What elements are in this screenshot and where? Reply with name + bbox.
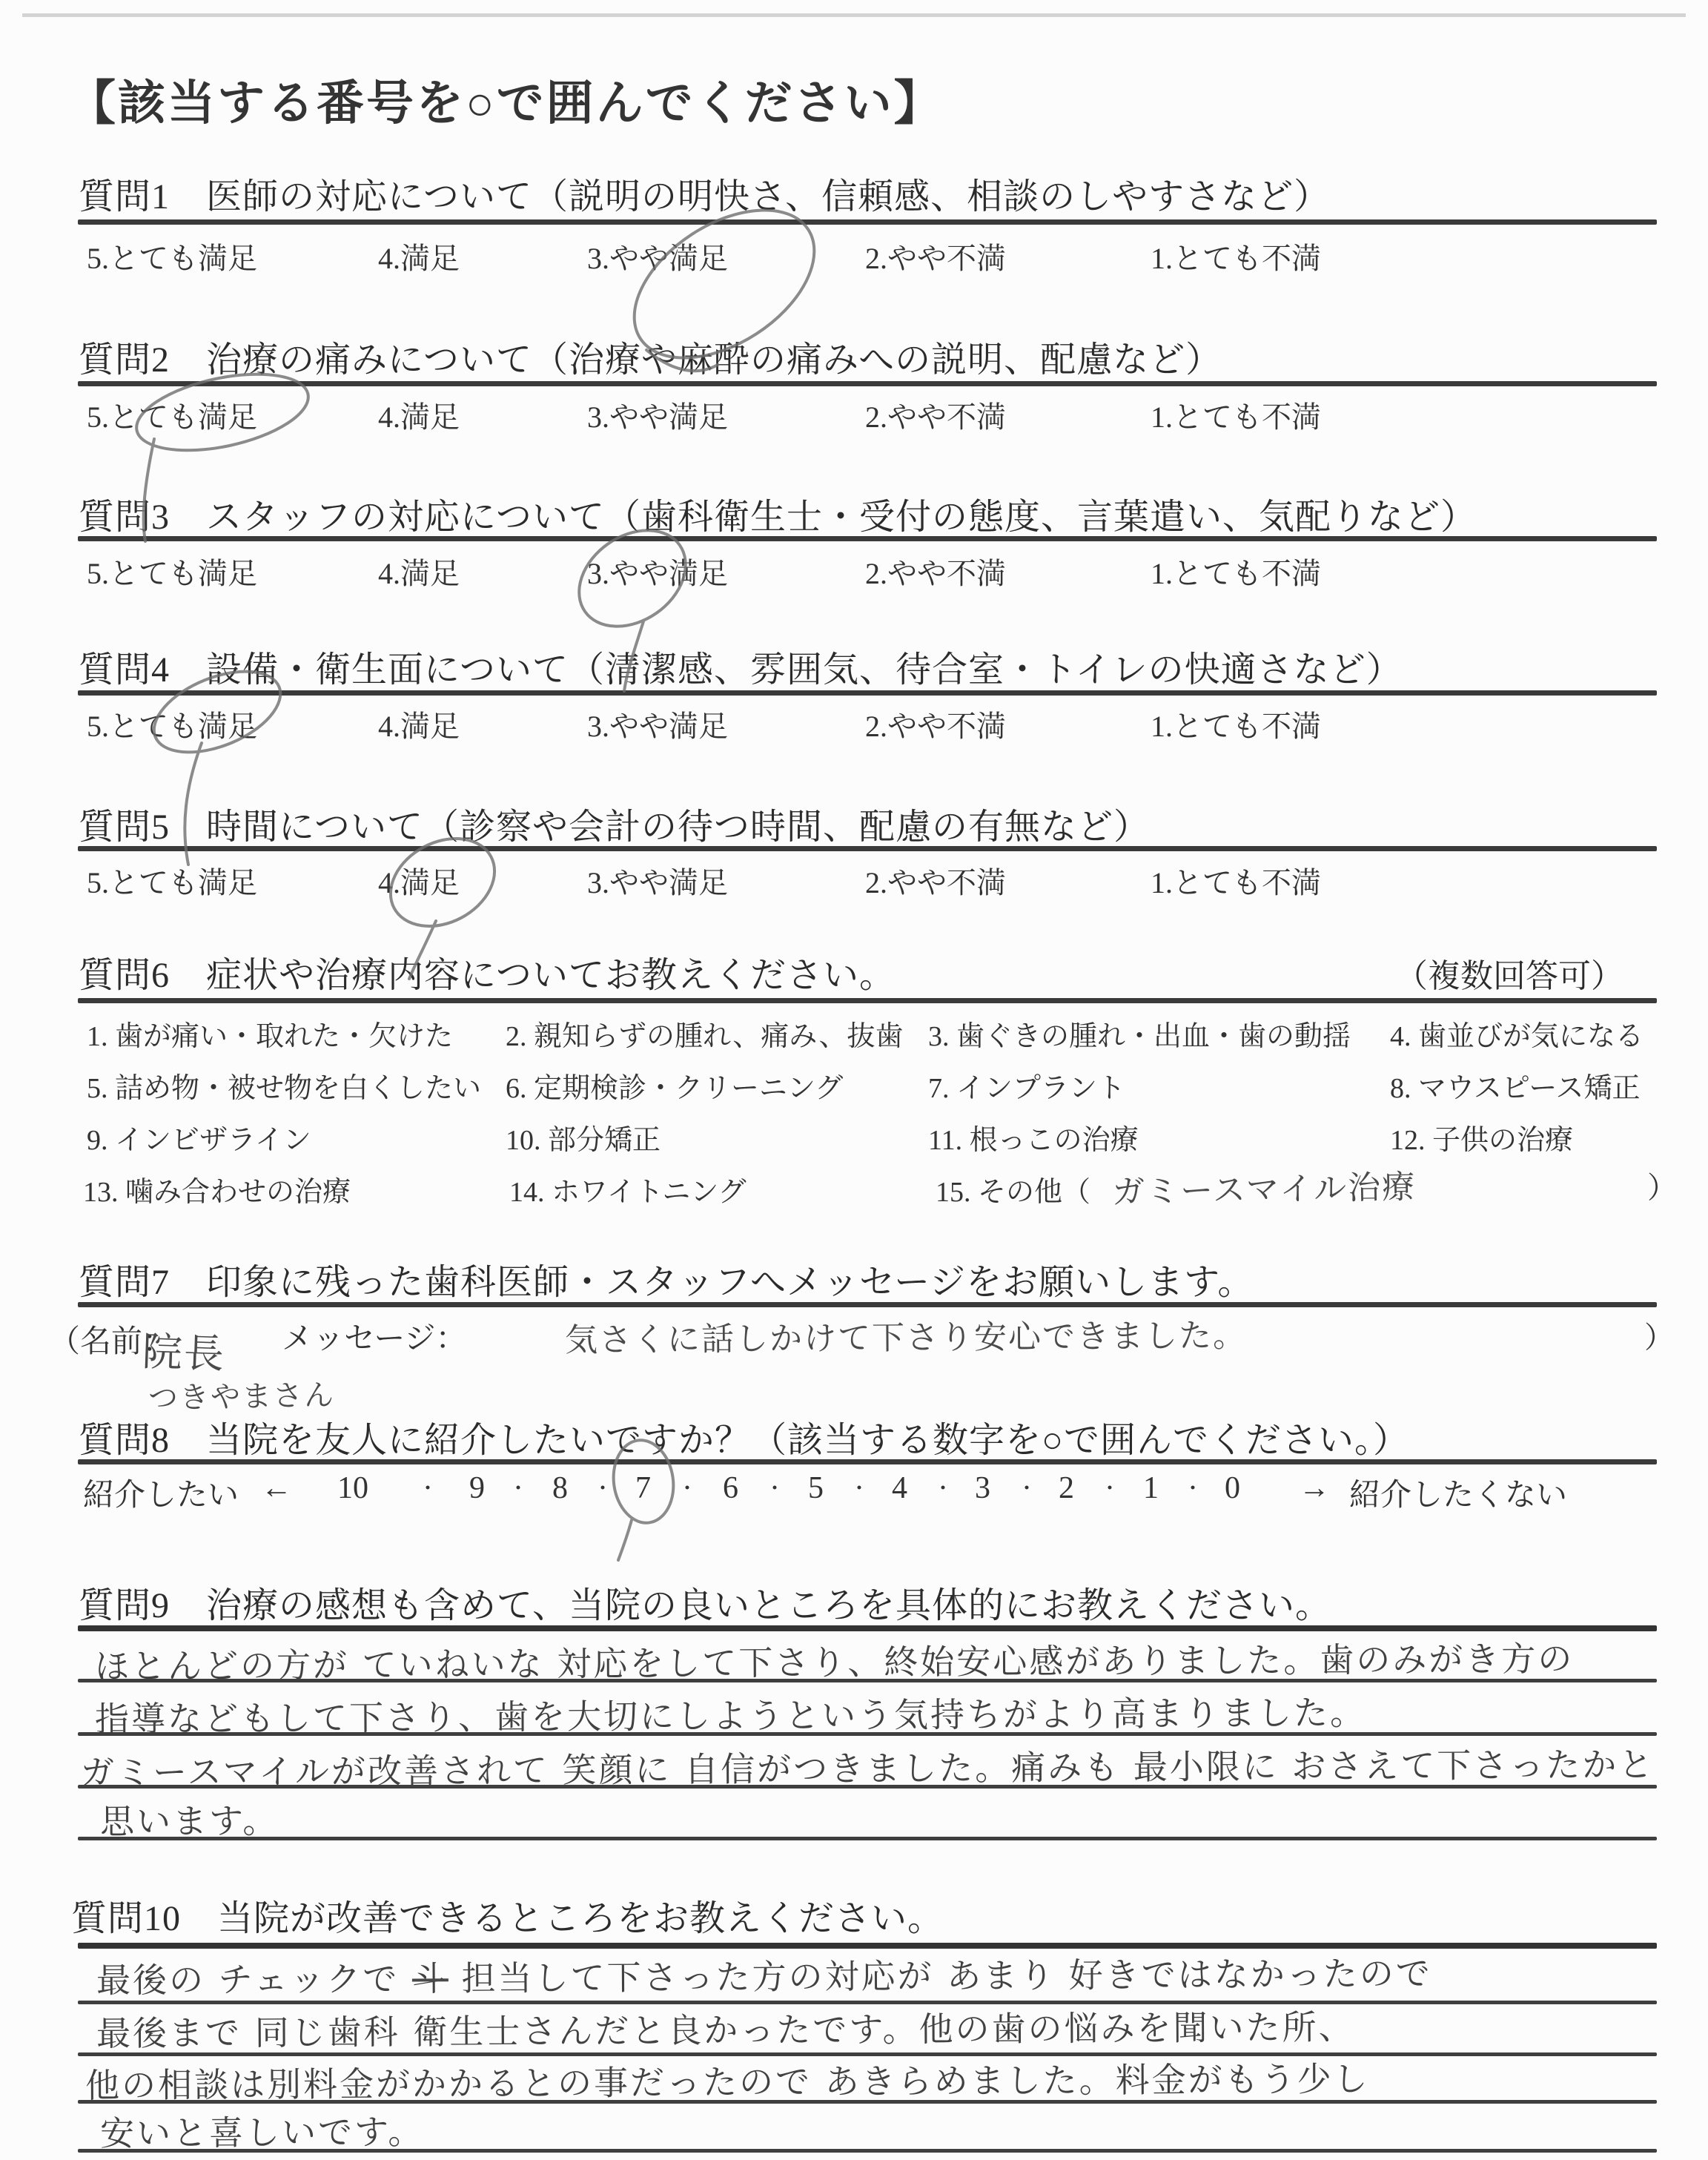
divider-q3 (78, 536, 1657, 541)
q8-circle-tail (618, 1520, 632, 1560)
q7-closing-paren: ） (1644, 1314, 1674, 1356)
divider-q5 (78, 846, 1657, 851)
q9-writing-line-3 (78, 1785, 1657, 1789)
q8-left-label: 紹介したい (83, 1470, 239, 1515)
divider-q8 (78, 1459, 1657, 1464)
q1-option-3: 3.やや満足 (587, 235, 728, 277)
q1-option-4: 4.満足 (378, 235, 460, 277)
q3-option-5: 5.とても満足 (87, 550, 257, 592)
q8-number-10: 10 (337, 1470, 368, 1506)
divider-q6 (78, 998, 1657, 1003)
question-9-title: 質問9 治療の感想も含めて、当院の良いところを具体的にお教えください。 (79, 1576, 1331, 1628)
q6-item-1: 1. 歯が痛い・取れた・欠けた (87, 1013, 453, 1054)
q8-right-arrow-icon: → (1299, 1470, 1330, 1506)
q7-message-handwritten: 気さくに話しかけて下さり安心できました。 (565, 1309, 1247, 1361)
q2-option-3: 3.やや満足 (587, 394, 728, 436)
q8-dot: · (854, 1470, 864, 1506)
q2-option-2: 2.やや不満 (865, 394, 1006, 436)
q6-item-6: 6. 定期検診・クリーニング (506, 1065, 843, 1106)
q5-option-3: 3.やや満足 (587, 859, 728, 902)
q10-line1-post: 担当して下さった方の対応が あまり 好きではなかったので (448, 1953, 1432, 1998)
q8-right-label: 紹介したくない (1349, 1470, 1567, 1515)
divider-q1 (78, 219, 1657, 225)
q6-item-13: 13. 噛み合わせの治療 (83, 1169, 351, 1209)
question-4-title: 質問4 設備・衛生面について（清潔感、雰囲気、待合室・トイレの快適さなど） (79, 641, 1403, 692)
question-10-title: 質問10 当院が改善できるところをお教えください。 (71, 1889, 944, 1941)
q8-number-4: 4 (892, 1470, 907, 1506)
q6-item-8: 8. マウスピース矯正 (1390, 1065, 1640, 1106)
q4-option-5: 5.とても満足 (87, 703, 257, 745)
q5-option-4: 4.満足 (378, 859, 460, 902)
q8-number-8: 8 (552, 1470, 568, 1506)
q6-item-11: 11. 根っこの治療 (928, 1117, 1139, 1157)
question-2-title: 質問2 治療の痛みについて（治療や麻酔の痛みへの説明、配慮など） (79, 331, 1222, 382)
q5-option-2: 2.やや不満 (865, 859, 1006, 902)
q6-item-2: 2. 親知らずの腫れ、痛み、抜歯 (506, 1013, 904, 1054)
q2-option-4: 4.満足 (378, 394, 460, 436)
q10-writing-line-4 (78, 2149, 1657, 2153)
question-6-title: 質問6 症状や治療内容についてお教えください。 (79, 946, 896, 997)
q2-option-5: 5.とても満足 (87, 394, 257, 436)
q8-dot: · (682, 1470, 692, 1506)
question-5-title: 質問5 時間について（診察や会計の待つ時間、配慮の有無など） (79, 798, 1150, 849)
q8-number-5: 5 (808, 1470, 824, 1506)
q6-item-7: 7. インプラント (928, 1065, 1125, 1106)
q10-handwritten-line-1: 最後の チェックで 斗 担当して下さった方の対応が あまり 好きではなかったので (96, 1946, 1432, 2002)
q8-dot: · (598, 1470, 608, 1506)
q6-other-handwritten-answer: ガミースマイル治療 (1111, 1160, 1416, 1212)
q3-option-3: 3.やや満足 (587, 550, 728, 592)
q8-dot: · (423, 1470, 433, 1506)
question-8-title: 質問8 当院を友人に紹介したいですか？（該当する数字を○で囲んでください。） (79, 1411, 1409, 1462)
q7-name-handwritten-line2: つきやまさん (148, 1372, 336, 1417)
q8-number-6: 6 (723, 1470, 738, 1506)
q8-dot: · (1105, 1470, 1115, 1506)
divider-q4 (78, 690, 1657, 696)
q9-writing-line-4 (78, 1837, 1657, 1840)
q8-number-7: 7 (635, 1470, 651, 1506)
q2-option-1: 1.とても不満 (1151, 394, 1321, 436)
q6-item-4: 4. 歯並びが気になる (1390, 1013, 1644, 1054)
q10-handwritten-line-4: 安いと喜しいです。 (100, 2105, 425, 2156)
q5-option-1: 1.とても不満 (1151, 859, 1321, 902)
q8-dot: · (1188, 1470, 1198, 1506)
q8-number-3: 3 (975, 1470, 990, 1506)
scan-artifact-line (22, 13, 1686, 17)
question-1-title: 質問1 医師の対応について（説明の明快さ、信頼感、相談のしやすさなど） (79, 168, 1330, 219)
q6-item-14: 14. ホワイトニング (509, 1169, 747, 1209)
q4-option-4: 4.満足 (378, 703, 460, 745)
q4-option-2: 2.やや不満 (865, 703, 1006, 745)
page-title: 【該当する番号を○で囲んでください】 (68, 65, 944, 133)
question-3-title: 質問3 スタッフの対応について（歯科衛生士・受付の態度、言葉遣い、気配りなど） (79, 488, 1477, 539)
q9-writing-line-1 (78, 1679, 1657, 1682)
divider-q2 (78, 381, 1657, 386)
q8-number-2: 2 (1059, 1470, 1074, 1506)
q8-left-arrow-icon: ← (261, 1470, 292, 1506)
q6-item-5: 5. 詰め物・被せ物を白くしたい (87, 1065, 481, 1106)
q8-dot: · (513, 1470, 523, 1506)
q1-option-2: 2.やや不満 (865, 235, 1006, 277)
q3-option-4: 4.満足 (378, 550, 460, 592)
q8-dot: · (938, 1470, 948, 1506)
q8-dot: · (769, 1470, 780, 1506)
question-7-title: 質問7 印象に残った歯科医師・スタッフへメッセージをお願いします。 (79, 1253, 1254, 1304)
q6-item-15: 15. その他（ (936, 1169, 1090, 1209)
q10-handwritten-line-2: 最後まで 同じ歯科 衛生士さんだと良かったです。他の歯の悩みを聞いた所、 (96, 2001, 1355, 2056)
scanned-survey-page: 【該当する番号を○で囲んでください】 質問1 医師の対応について（説明の明快さ、… (0, 0, 1708, 2160)
q7-name-handwritten-line1: 院長 (142, 1320, 227, 1380)
q8-dot: · (1022, 1470, 1032, 1506)
q4-option-3: 3.やや満足 (587, 703, 728, 745)
q7-message-label: メッセージ： (282, 1314, 466, 1358)
q5-option-5: 5.とても満足 (87, 859, 257, 902)
q4-option-1: 1.とても不満 (1151, 703, 1321, 745)
q6-item-10: 10. 部分矯正 (506, 1117, 661, 1157)
q10-line1-pre: 最後の チェックで (96, 1958, 412, 2000)
q8-number-9: 9 (469, 1470, 485, 1506)
q9-writing-line-2 (78, 1732, 1657, 1736)
q1-option-5: 5.とても満足 (87, 235, 257, 277)
q10-writing-line-3 (78, 2100, 1657, 2104)
q9-answer-box-top-rule (78, 1625, 1657, 1631)
q8-number-0: 0 (1225, 1470, 1240, 1506)
q6-multi-answer-note: （複数回答可） (1395, 949, 1623, 997)
q6-item-12: 12. 子供の治療 (1390, 1117, 1573, 1157)
q3-option-2: 2.やや不満 (865, 550, 1006, 592)
q6-closing-paren: ） (1647, 1164, 1677, 1206)
q1-option-1: 1.とても不満 (1151, 235, 1321, 277)
q8-number-1: 1 (1143, 1470, 1159, 1506)
divider-q7 (78, 1302, 1657, 1307)
q10-line1-struck-out-text: 斗 (412, 1958, 448, 1998)
q6-item-3: 3. 歯ぐきの腫れ・出血・歯の動揺 (928, 1013, 1351, 1054)
q6-item-9: 9. インビザライン (87, 1117, 311, 1157)
q3-option-1: 1.とても不満 (1151, 550, 1321, 592)
